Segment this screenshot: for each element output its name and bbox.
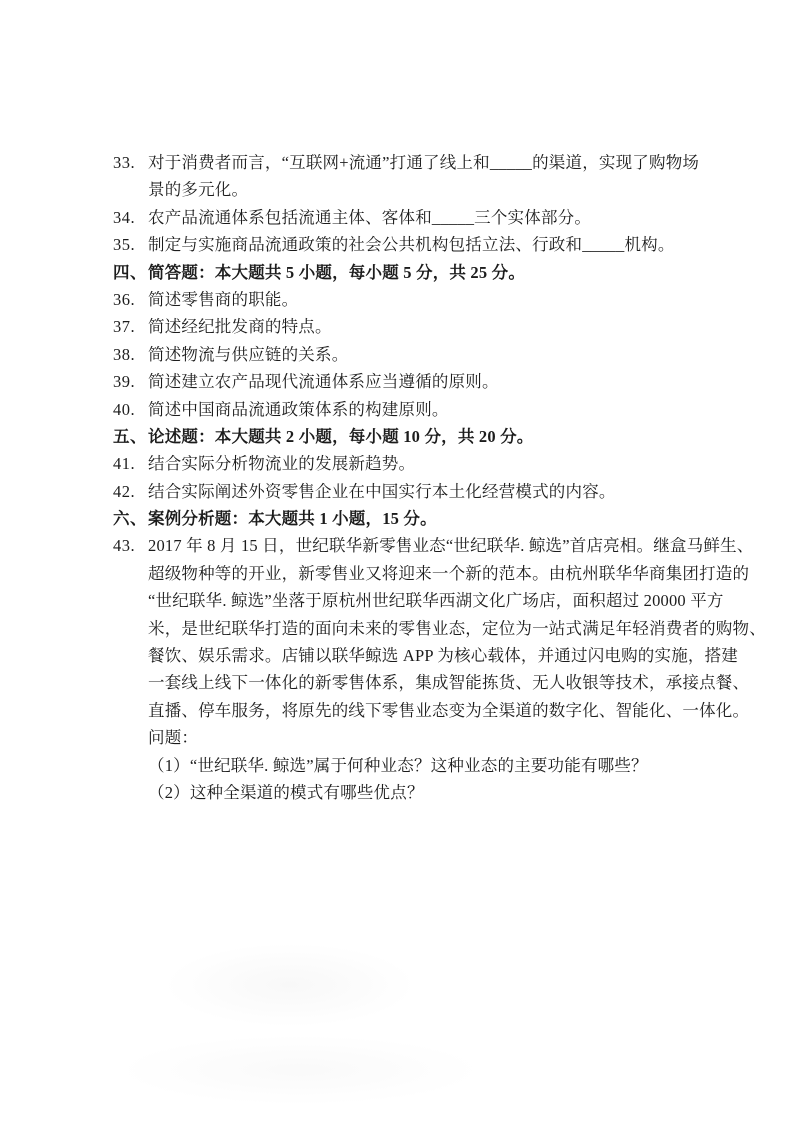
line-text: 结合实际分析物流业的发展新趋势。: [148, 450, 773, 477]
line-text: 一套线上线下一体化的新零售体系，集成智能拣货、无人收银等技术，承接点餐、: [148, 669, 773, 696]
continuation-line: 米，是世纪联华打造的面向未来的零售业态，定位为一站式满足年轻消费者的购物、: [113, 615, 773, 642]
section-heading: 四、 简答题：本大题共 5 小题，每小题 5 分，共 25 分。: [113, 259, 773, 286]
continuation-line: 超级物种等的开业，新零售业又将迎来一个新的范本。由杭州联华华商集团打造的: [113, 560, 773, 587]
question-item: 38. 简述物流与供应链的关系。: [113, 341, 773, 368]
question-item: 35. 制定与实施商品流通政策的社会公共机构包括立法、行政和_____机构。: [113, 231, 773, 258]
line-text: 简述经纪批发商的特点。: [148, 313, 773, 340]
question-item: 41. 结合实际分析物流业的发展新趋势。: [113, 450, 773, 477]
item-number: 36.: [113, 286, 148, 313]
line-text: “世纪联华. 鲸选”坐落于原杭州世纪联华西湖文化广场店，面积超过 20000 平…: [148, 587, 773, 614]
line-text: 论述题：本大题共 2 小题，每小题 10 分，共 20 分。: [148, 423, 773, 450]
item-number: 35.: [113, 231, 148, 258]
line-text: 直播、停车服务，将原先的线下零售业态变为全渠道的数字化、智能化、一体化。: [148, 697, 773, 724]
exam-page: 33. 对于消费者而言，“互联网+流通”打通了线上和_____的渠道，实现了购物…: [0, 0, 800, 1136]
question-item: 39. 简述建立农产品现代流通体系应当遵循的原则。: [113, 368, 773, 395]
line-text: （1）“世纪联华. 鲸选”属于何种业态？这种业态的主要功能有哪些？: [148, 752, 773, 779]
item-number: 34.: [113, 204, 148, 231]
line-text: 简述物流与供应链的关系。: [148, 341, 773, 368]
line-text: 简答题：本大题共 5 小题，每小题 5 分，共 25 分。: [148, 259, 773, 286]
line-text: 农产品流通体系包括流通主体、客体和_____三个实体部分。: [148, 204, 773, 231]
item-number: 40.: [113, 396, 148, 423]
question-item: 34. 农产品流通体系包括流通主体、客体和_____三个实体部分。: [113, 204, 773, 231]
section-heading: 六、 案例分析题：本大题共 1 小题，15 分。: [113, 505, 773, 532]
item-number: 37.: [113, 313, 148, 340]
line-text: 超级物种等的开业，新零售业又将迎来一个新的范本。由杭州联华华商集团打造的: [148, 560, 773, 587]
line-text: 案例分析题：本大题共 1 小题，15 分。: [148, 505, 773, 532]
continuation-line: 一套线上线下一体化的新零售体系，集成智能拣货、无人收银等技术，承接点餐、: [113, 669, 773, 696]
line-text: （2）这种全渠道的模式有哪些优点？: [148, 779, 773, 806]
line-text: 简述建立农产品现代流通体系应当遵循的原则。: [148, 368, 773, 395]
item-number: 38.: [113, 341, 148, 368]
item-number: 33.: [113, 149, 148, 176]
question-item: 43. 2017 年 8 月 15 日，世纪联华新零售业态“世纪联华. 鲸选”首…: [113, 532, 773, 559]
item-number: 41.: [113, 450, 148, 477]
line-text: 2017 年 8 月 15 日，世纪联华新零售业态“世纪联华. 鲸选”首店亮相。…: [148, 532, 773, 559]
line-text: 餐饮、娱乐需求。店铺以联华鲸选 APP 为核心载体，并通过闪电购的实施，搭建: [148, 642, 773, 669]
line-text: 米，是世纪联华打造的面向未来的零售业态，定位为一站式满足年轻消费者的购物、: [148, 615, 773, 642]
item-number: 六、: [113, 505, 148, 532]
section-heading: 五、 论述题：本大题共 2 小题，每小题 10 分，共 20 分。: [113, 423, 773, 450]
line-text: 制定与实施商品流通政策的社会公共机构包括立法、行政和_____机构。: [148, 231, 773, 258]
item-number: 39.: [113, 368, 148, 395]
line-text: 景的多元化。: [148, 176, 773, 203]
continuation-line: 景的多元化。: [113, 176, 773, 203]
question-item: 33. 对于消费者而言，“互联网+流通”打通了线上和_____的渠道，实现了购物…: [113, 149, 773, 176]
continuation-line: 直播、停车服务，将原先的线下零售业态变为全渠道的数字化、智能化、一体化。: [113, 697, 773, 724]
continuation-line: （2）这种全渠道的模式有哪些优点？: [113, 779, 773, 806]
continuation-line: 餐饮、娱乐需求。店铺以联华鲸选 APP 为核心载体，并通过闪电购的实施，搭建: [113, 642, 773, 669]
continuation-line: “世纪联华. 鲸选”坐落于原杭州世纪联华西湖文化广场店，面积超过 20000 平…: [113, 587, 773, 614]
line-text: 简述中国商品流通政策体系的构建原则。: [148, 396, 773, 423]
question-item: 42. 结合实际阐述外资零售企业在中国实行本土化经营模式的内容。: [113, 478, 773, 505]
line-text: 简述零售商的职能。: [148, 286, 773, 313]
item-number: 五、: [113, 423, 148, 450]
item-number: 43.: [113, 532, 148, 559]
exam-body: 33. 对于消费者而言，“互联网+流通”打通了线上和_____的渠道，实现了购物…: [113, 149, 773, 806]
line-text: 结合实际阐述外资零售企业在中国实行本土化经营模式的内容。: [148, 478, 773, 505]
line-text: 对于消费者而言，“互联网+流通”打通了线上和_____的渠道，实现了购物场: [148, 149, 773, 176]
item-number: 42.: [113, 478, 148, 505]
continuation-line: （1）“世纪联华. 鲸选”属于何种业态？这种业态的主要功能有哪些？: [113, 752, 773, 779]
question-item: 40. 简述中国商品流通政策体系的构建原则。: [113, 396, 773, 423]
continuation-line: 问题：: [113, 724, 773, 751]
item-number: 四、: [113, 259, 148, 286]
question-item: 37. 简述经纪批发商的特点。: [113, 313, 773, 340]
question-item: 36. 简述零售商的职能。: [113, 286, 773, 313]
line-text: 问题：: [148, 724, 773, 751]
